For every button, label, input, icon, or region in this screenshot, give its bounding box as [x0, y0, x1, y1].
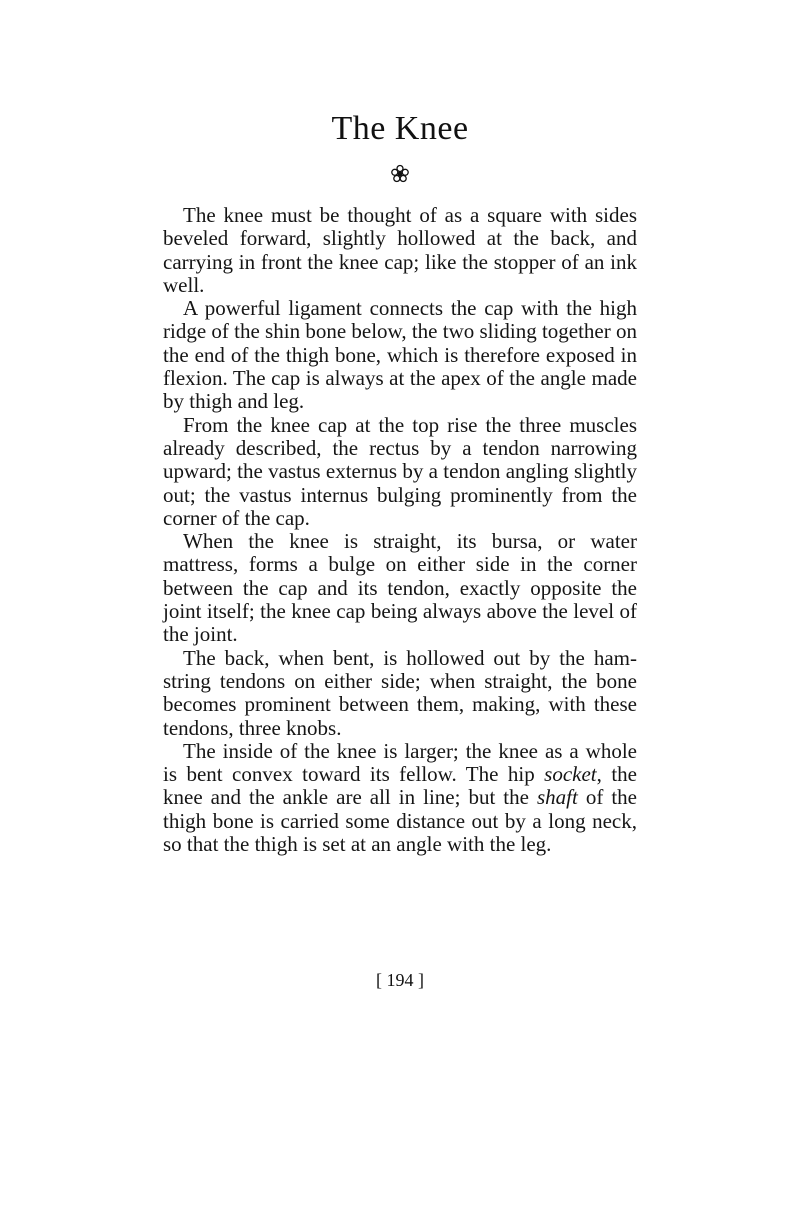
- italic-term: shaft: [537, 785, 578, 809]
- page-title: The Knee: [0, 110, 800, 148]
- paragraph: The back, when bent, is hollowed out by …: [163, 647, 637, 740]
- body-text: The knee must be thought of as a square …: [163, 204, 637, 856]
- paragraph: When the knee is straight, its bursa, or…: [163, 530, 637, 646]
- paragraph: The knee must be thought of as a square …: [163, 204, 637, 297]
- paragraph: The inside of the knee is larger; the kn…: [163, 740, 637, 856]
- page-number: [ 194 ]: [0, 970, 800, 991]
- rosette-fleuron-icon: [390, 164, 410, 184]
- italic-term: socket: [544, 762, 596, 786]
- paragraph: A powerful ligament connects the cap wit…: [163, 297, 637, 413]
- paragraph: From the knee cap at the top rise the th…: [163, 414, 637, 530]
